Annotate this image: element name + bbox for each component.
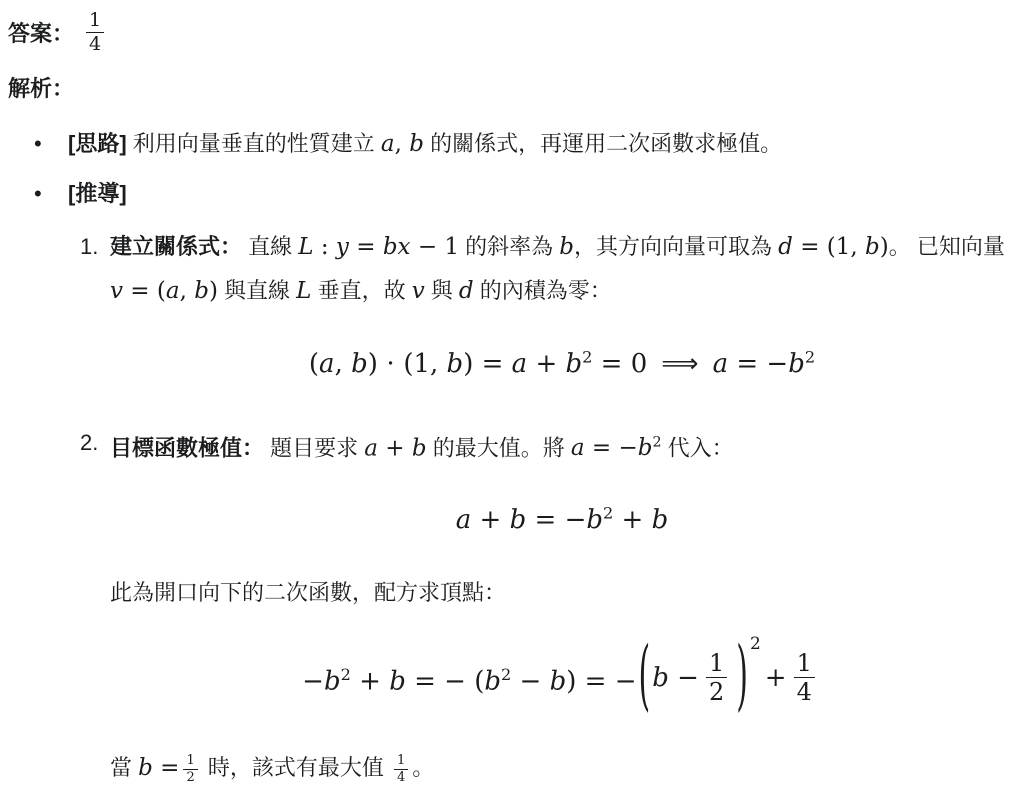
s1-math-d: d = (1, b) [778, 234, 889, 260]
conclusion-seg-1: 時，該式有最大值 [202, 755, 390, 780]
answer-label: 答案： [8, 17, 74, 48]
s1-math-b: b [559, 234, 574, 260]
derivation-content: [推導] 1. 建立關係式： 直線 L : y = bx − 1 的斜率為 b，… [68, 177, 1014, 786]
s2-math-ab: a + b [364, 435, 426, 461]
answer-fraction-numerator: 1 [86, 9, 104, 32]
s1-seg-0: 直線 [248, 234, 298, 259]
conclusion-quarter-num: 1 [394, 753, 408, 769]
s1-seg-10: 垂直，故 [311, 278, 411, 303]
step-2-text: 目標函數極值： 題目要求 a + b 的最大值。將 a = −b2 代入： [110, 421, 1014, 471]
fcs-lhs: −b2 + b = − (b2 − b) = − [302, 658, 636, 699]
step-1-title: 建立關係式： [110, 234, 242, 259]
formula-dot-left: (a, b) ⋅ (1, b) = a + b2 = 0 [309, 349, 647, 379]
step-2-body: 目標函數極值： 題目要求 a + b 的最大值。將 a = −b2 代入： a … [110, 421, 1014, 786]
answer-fraction: 14 [86, 9, 104, 56]
quarter-denominator: 4 [794, 677, 815, 707]
answer-fraction-denominator: 4 [86, 32, 104, 56]
conclusion-seg-2: 。 [412, 755, 434, 780]
conclusion-seg-0: 當 [110, 755, 138, 780]
thinking-tag: [思路] [68, 131, 127, 156]
s1-seg-4: ，其方向向量可取為 [574, 234, 778, 259]
formula-substitution-expr: a + b = −b2 + b [456, 505, 669, 535]
big-close-paren: ) [736, 635, 748, 722]
step-1-text: 建立關係式： 直線 L : y = bx − 1 的斜率為 b，其方向向量可取為… [110, 225, 1014, 313]
thinking-math-ab: a, b [381, 131, 424, 157]
step-1: 1. 建立關係式： 直線 L : y = bx − 1 的斜率為 b，其方向向量… [68, 225, 1014, 393]
conclusion-line: 當 b =12 時，該式有最大值 14。 [110, 744, 1014, 786]
quarter-numerator: 1 [794, 649, 815, 678]
conclusion-half-num: 1 [183, 753, 197, 769]
answer-line: 答案： 14 [8, 6, 1014, 58]
derivation-tag: [推導] [68, 181, 127, 206]
implies-arrow: ⟹ [661, 349, 698, 379]
formula-dot-right: a = −b2 [713, 349, 816, 379]
bullet-thinking: [思路] 利用向量垂直的性質建立 a, b 的關係式，再運用二次函數求極值。 [8, 127, 1014, 161]
bullet-dot [34, 177, 48, 786]
conclusion-quarter-den: 4 [394, 769, 408, 786]
thinking-seg-2: 的關係式，再運用二次函數求極值。 [424, 131, 782, 156]
quarter-fraction: 14 [794, 649, 815, 708]
outer-exponent: 2 [750, 627, 761, 661]
s2-seg-2: 的最大值。將 [427, 435, 571, 460]
conclusion-quarter-fraction: 14 [394, 753, 408, 785]
solution-document: 答案： 14 解析： [思路] 利用向量垂直的性質建立 a, b 的關係式，再運… [0, 0, 1024, 786]
s1-math-v: v = (a, b) [110, 278, 218, 304]
formula-complete-square: −b2 + b = − (b2 − b) = −(b −12)2+14 [110, 628, 1014, 728]
thinking-text: [思路] 利用向量垂直的性質建立 a, b 的關係式，再運用二次函數求極值。 [68, 127, 1014, 161]
half-numerator: 1 [706, 649, 727, 678]
bullet-derivation: [推導] 1. 建立關係式： 直線 L : y = bx − 1 的斜率為 b，… [8, 177, 1014, 786]
step-2-title: 目標函數極值： [110, 435, 264, 460]
conclusion-half-den: 2 [183, 769, 197, 786]
vertex-paragraph: 此為開口向下的二次函數，配方求頂點： [110, 576, 1014, 610]
s1-math-L: L [296, 278, 311, 304]
conclusion-half-fraction: 12 [183, 753, 197, 785]
step-2: 2. 目標函數極值： 題目要求 a + b 的最大值。將 a = −b2 代入：… [68, 421, 1014, 786]
s1-seg-2: 的斜率為 [459, 234, 559, 259]
s1-seg-8: 與直線 [218, 278, 296, 303]
step-1-body: 建立關係式： 直線 L : y = bx − 1 的斜率為 b，其方向向量可取為… [110, 225, 1014, 393]
s1-seg-14: 的內積為零： [474, 278, 612, 303]
s1-seg-12: 與 [425, 278, 459, 303]
formula-substitution: a + b = −b2 + b [110, 488, 1014, 546]
s1-math-line: L : y = bx − 1 [298, 234, 459, 260]
s2-math-subst: a = −b2 [571, 435, 662, 461]
s1-math-v2: v [412, 278, 425, 304]
big-open-paren: ( [639, 635, 651, 722]
fcs-plus: + [765, 661, 787, 695]
step-2-number: 2. [80, 421, 110, 786]
s2-seg-0: 題目要求 [270, 435, 364, 460]
conclusion-b-equals: b = [138, 755, 179, 781]
step-1-number: 1. [80, 225, 110, 393]
s1-seg-6: 。 已知向量 [889, 234, 1005, 259]
s1-math-d2: d [459, 278, 474, 304]
fcs-inner: b − [652, 661, 699, 695]
thinking-seg-0: 利用向量垂直的性質建立 [133, 131, 381, 156]
half-denominator: 2 [706, 677, 727, 707]
half-fraction: 12 [706, 649, 727, 708]
bullet-dot [34, 127, 48, 161]
formula-dot-product: (a, b) ⋅ (1, b) = a + b2 = 0⟹a = −b2 [110, 329, 1014, 393]
analysis-label: 解析： [8, 72, 1014, 103]
s2-seg-4: 代入： [662, 435, 734, 460]
